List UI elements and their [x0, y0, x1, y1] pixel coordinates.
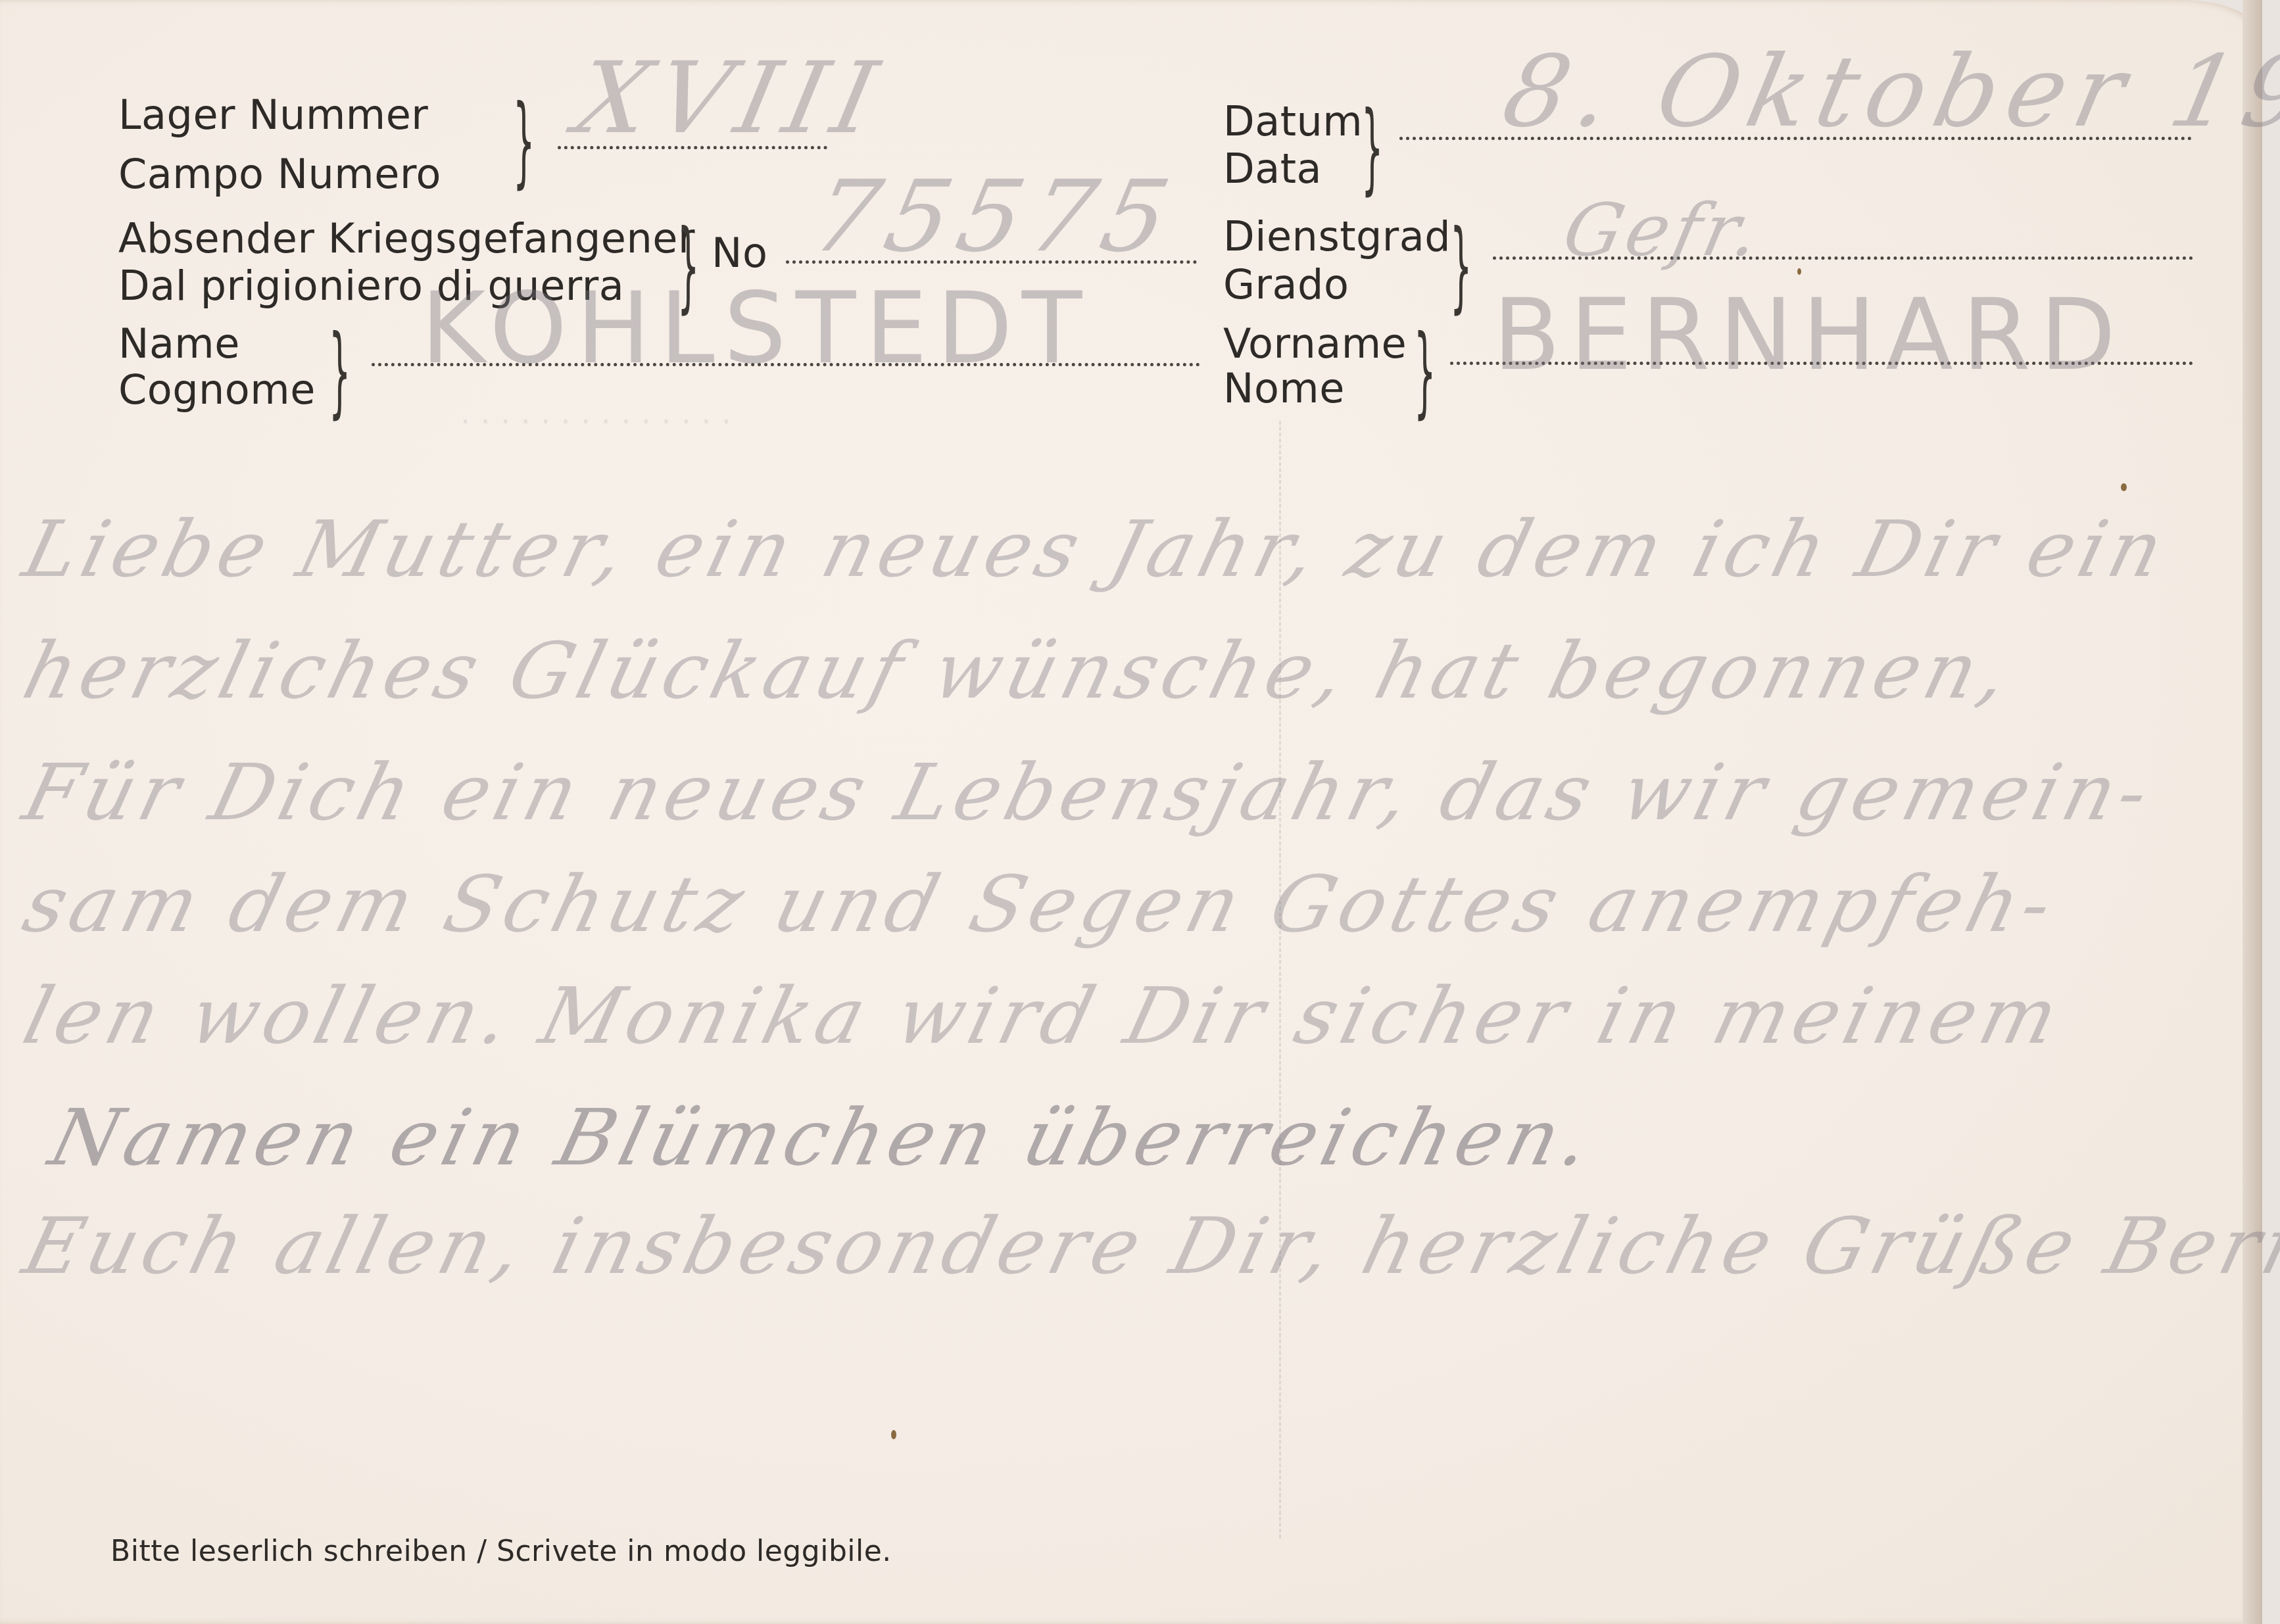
sender-label-de: Absender Kriegsgefangener: [118, 216, 695, 262]
letter-line-6: Namen ein Blümchen überreichen.: [42, 1095, 1604, 1180]
postcard: Lager Nummer Campo Numero } XVIII Datum …: [0, 0, 2262, 1624]
camp-number-handwritten: XVIII: [570, 59, 891, 138]
brace-date: }: [1361, 99, 1383, 197]
letter-line-3: Für Dich ein neues Lebensjahr, das wir g…: [16, 750, 2162, 835]
letter-line-5: len wollen. Monika wird Dir sicher in me…: [16, 973, 2072, 1059]
letter-line-1: Liebe Mutter, ein neues Jahr, zu dem ich…: [16, 506, 2177, 592]
date-label-de: Datum: [1223, 99, 1363, 145]
first-name-handwritten: BERNHARD: [1493, 296, 2125, 375]
stain-spot: [891, 1430, 896, 1439]
letter-line-4: sam dem Schutz und Segen Gottes anempfeh…: [16, 861, 2066, 947]
camp-number-label-de: Lager Nummer: [118, 92, 428, 138]
sender-number-handwritten: 75575: [807, 178, 1184, 256]
show-through-text: . . . . . . . . . . . . . .: [460, 394, 731, 431]
surname-label-de: Name: [118, 321, 240, 367]
first-name-label-it: Nome: [1223, 366, 1345, 412]
first-name-label-de: Vorname: [1223, 321, 1407, 367]
rank-handwritten: Gefr.: [1557, 191, 1770, 270]
date-label-it: Data: [1223, 146, 1322, 192]
stain-spot: [2121, 483, 2127, 491]
footer-instruction: Bitte leserlich schreiben / Scrivete in …: [110, 1535, 892, 1568]
stain-spot: [1797, 268, 1801, 275]
brace-rank: }: [1450, 217, 1472, 316]
sender-no-label: No: [712, 230, 767, 276]
brace-camp: }: [513, 92, 535, 191]
date-handwritten: 8. Oktober 1944: [1497, 53, 2280, 131]
surname-label-it: Cognome: [118, 367, 316, 413]
letter-line-7: Euch allen, insbesondere Dir, herzliche …: [16, 1203, 2280, 1289]
rank-label-de: Dienstgrad: [1223, 214, 1451, 260]
brace-first-name: }: [1414, 322, 1436, 421]
brace-surname: }: [329, 322, 351, 421]
worn-card-edge: [2243, 0, 2262, 1624]
surname-handwritten: KOHLSTEDT: [421, 289, 1091, 368]
camp-number-label-it: Campo Numero: [118, 151, 441, 197]
letter-line-2: herzliches Glückauf wünsche, hat begonne…: [16, 628, 2022, 713]
rank-label-it: Grado: [1223, 262, 1349, 308]
